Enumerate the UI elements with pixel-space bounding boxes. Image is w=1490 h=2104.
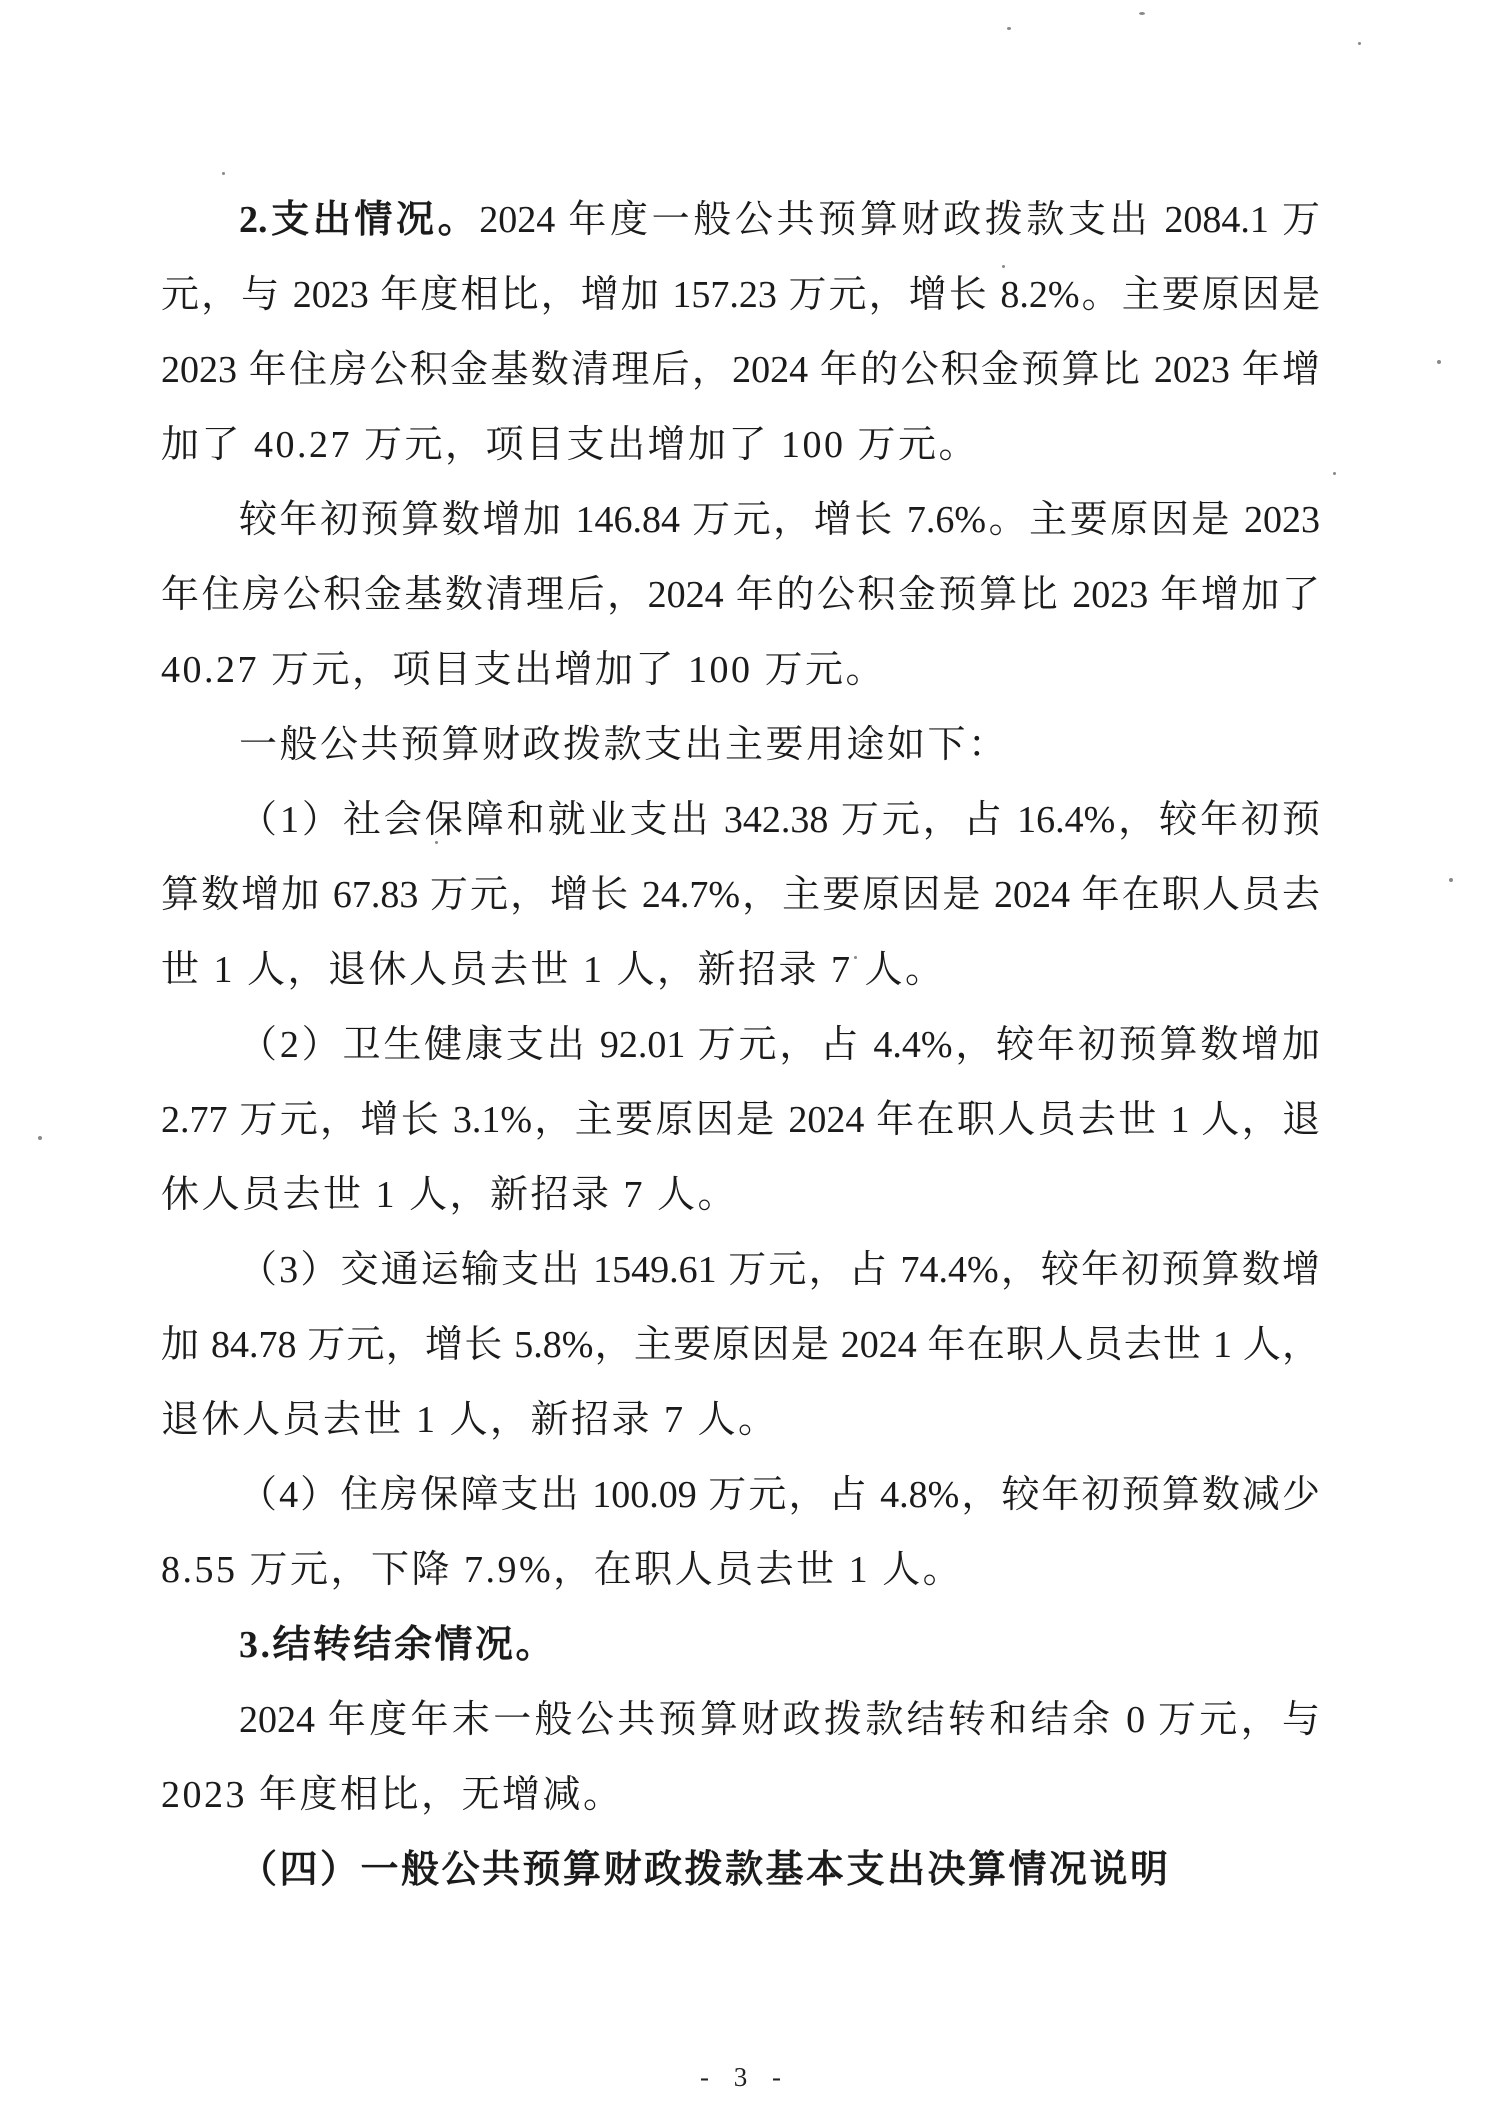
scan-speck bbox=[1139, 12, 1145, 15]
scan-speck bbox=[1449, 878, 1453, 882]
scan-speck bbox=[1007, 27, 1011, 30]
body-line: 较年初预算数增加 146.84 万元，增长 7.6%。主要原因是 2023 bbox=[161, 483, 1320, 558]
body-line: 40.27 万元，项目支出增加了 100 万元。 bbox=[161, 633, 1320, 708]
body-line: 2023 年住房公积金基数清理后，2024 年的公积金预算比 2023 年增 bbox=[161, 333, 1320, 408]
body-line: 退休人员去世 1 人，新招录 7 人。 bbox=[161, 1383, 1320, 1458]
item-4-line: （4）住房保障支出 100.09 万元，占 4.8%，较年初预算数减少 bbox=[161, 1458, 1320, 1533]
body-line: 8.55 万元，下降 7.9%，在职人员去世 1 人。 bbox=[161, 1533, 1320, 1608]
body-line: 一般公共预算财政拨款支出主要用途如下： bbox=[161, 708, 1320, 783]
body-line: 加 84.78 万元，增长 5.8%，主要原因是 2024 年在职人员去世 1 … bbox=[161, 1308, 1320, 1383]
item-1-line: （1）社会保障和就业支出 342.38 万元，占 16.4%，较年初预 bbox=[161, 783, 1320, 858]
body-line: 2023 年度相比，无增减。 bbox=[161, 1758, 1320, 1833]
body-line: 算数增加 67.83 万元，增长 24.7%，主要原因是 2024 年在职人员去 bbox=[161, 858, 1320, 933]
body-line: 元，与 2023 年度相比，增加 157.23 万元，增长 8.2%。主要原因是 bbox=[161, 258, 1320, 333]
scan-speck bbox=[1333, 472, 1336, 475]
section-4-heading: （四）一般公共预算财政拨款基本支出决算情况说明 bbox=[161, 1833, 1320, 1908]
scan-speck bbox=[1437, 360, 1441, 364]
page-number: - 3 - bbox=[0, 2062, 1490, 2093]
scan-speck bbox=[1358, 42, 1361, 45]
body-line-text: 2024 年度一般公共预算财政拨款支出 2084.1 万 bbox=[479, 199, 1320, 241]
document-page: 2.支出情况。2024 年度一般公共预算财政拨款支出 2084.1 万 元，与 … bbox=[0, 0, 1490, 2104]
body-line: 2.77 万元，增长 3.1%，主要原因是 2024 年在职人员去世 1 人，退 bbox=[161, 1083, 1320, 1158]
body-line: 2024 年度年末一般公共预算财政拨款结转和结余 0 万元，与 bbox=[161, 1683, 1320, 1758]
section-3-heading: 3.结转结余情况。 bbox=[161, 1608, 1320, 1683]
item-2-line: （2）卫生健康支出 92.01 万元，占 4.4%，较年初预算数增加 bbox=[161, 1008, 1320, 1083]
body-line: 休人员去世 1 人，新招录 7 人。 bbox=[161, 1158, 1320, 1233]
scan-speck bbox=[1002, 265, 1005, 268]
scan-speck bbox=[38, 1136, 42, 1140]
section-2-heading: 2.支出情况。 bbox=[239, 199, 479, 241]
body-line: 年住房公积金基数清理后，2024 年的公积金预算比 2023 年增加了 bbox=[161, 558, 1320, 633]
item-3-line: （3）交通运输支出 1549.61 万元，占 74.4%，较年初预算数增 bbox=[161, 1233, 1320, 1308]
body-line: 世 1 人，退休人员去世 1 人，新招录 7 人。 bbox=[161, 933, 1320, 1008]
scan-speck bbox=[222, 172, 225, 175]
scan-speck bbox=[854, 956, 857, 959]
scan-speck bbox=[448, 1852, 451, 1855]
section-2-heading-line: 2.支出情况。2024 年度一般公共预算财政拨款支出 2084.1 万 bbox=[161, 183, 1320, 258]
scan-speck bbox=[435, 841, 438, 844]
body-line: 加了 40.27 万元，项目支出增加了 100 万元。 bbox=[161, 408, 1320, 483]
document-body: 2.支出情况。2024 年度一般公共预算财政拨款支出 2084.1 万 元，与 … bbox=[161, 183, 1320, 1908]
